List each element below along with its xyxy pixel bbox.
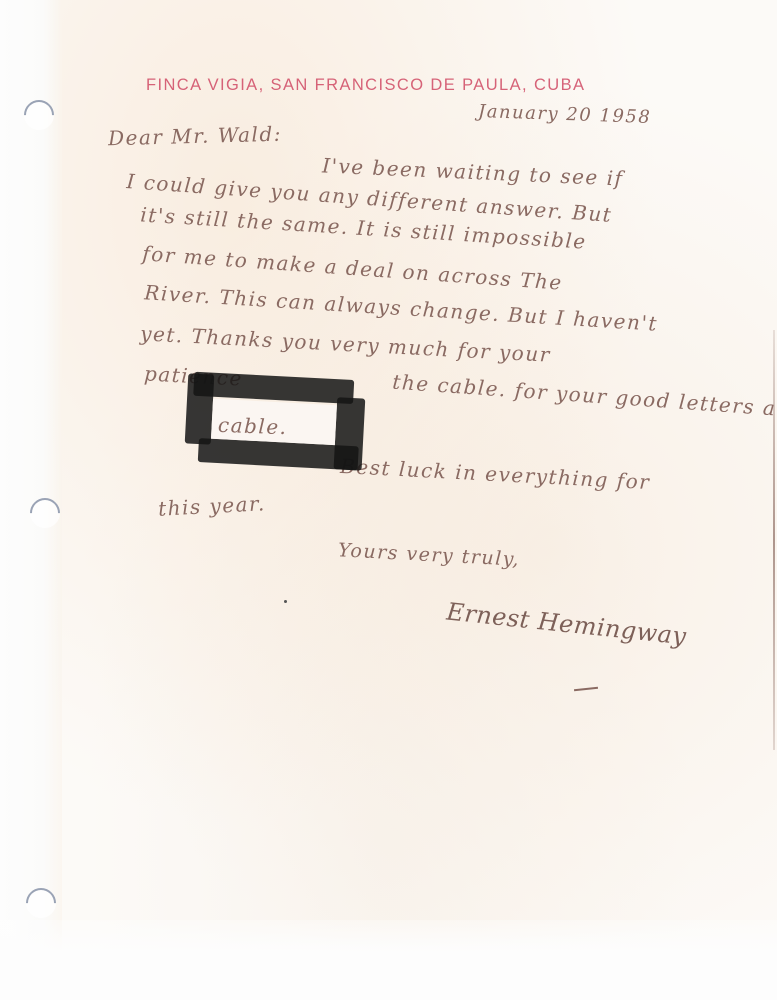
- salutation: Dear Mr. Wald:: [108, 122, 283, 151]
- redaction-bar-left: [185, 373, 215, 444]
- paper-speck: [284, 600, 287, 603]
- paper-right-edge-shadow: [773, 330, 775, 750]
- highlighted-word: cable.: [218, 413, 288, 439]
- redaction-bar-right: [334, 397, 366, 470]
- paper-bottom-edge: [0, 920, 777, 1000]
- letterhead: FINCA VIGIA, SAN FRANCISCO DE PAULA, CUB…: [146, 76, 585, 95]
